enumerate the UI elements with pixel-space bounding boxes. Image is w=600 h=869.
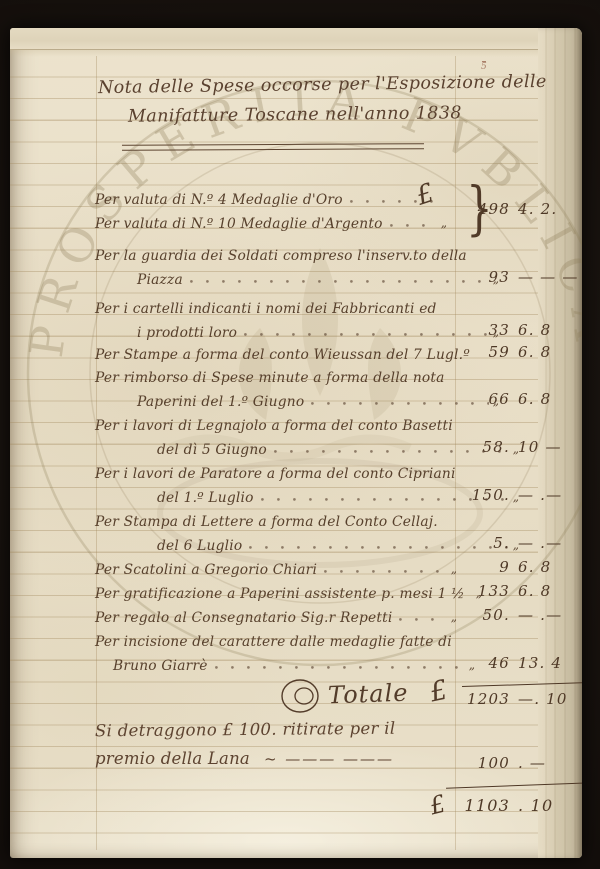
page-corner-mark: 5 (481, 61, 487, 72)
document-title-line2: Manifatture Toscane nell'anno 1838 (128, 103, 462, 126)
amount-lire: 46 (450, 654, 510, 672)
entry-text: Per la guardia dei Soldati compreso l'in… (95, 248, 467, 264)
dot-leader (390, 224, 437, 227)
expense-entry: Per Scatolini a Gregorio Chiari„ 9 6. 8 (95, 554, 575, 578)
entry-text: Per i lavori di Legnajolo a forma del co… (95, 418, 453, 434)
final-amount-soldi-denari: . 10 (518, 796, 582, 815)
dot-leader (215, 666, 465, 669)
deduction-line1: Si detraggono £ 100. ritirate per il (95, 719, 396, 741)
amount-soldi-denari: 4. 2. (518, 200, 582, 218)
amount-lire: 59 (450, 343, 510, 361)
deduction-line2: premio della Lana ~ ——— ——— (95, 749, 457, 768)
entry-text: Per regalo al Consegnatario Sig.r Repett… (95, 610, 392, 626)
filler-dashes: ~ ——— ——— (264, 750, 394, 768)
amount-soldi-denari: — .— (518, 534, 582, 552)
expense-entry: Per Stampe a forma del conto Wieussan de… (95, 339, 575, 363)
entry-text: Piazza (137, 272, 183, 288)
expense-entry: Per i lavori di Legnajolo a forma del co… (95, 410, 575, 458)
entry-text: Per i cartelli indicanti i nomi dei Fabb… (95, 301, 437, 317)
expense-entry: Per rimborso di Spese minute a forma del… (95, 362, 575, 410)
expense-entry: Per i lavori de Paratore a forma del con… (95, 458, 575, 506)
amount-lire: 58. (450, 438, 510, 456)
expense-entry: Per gratificazione a Paperini assistente… (95, 578, 575, 602)
amount-soldi-denari: 13. 4 (518, 654, 582, 672)
deduction-text: premio della Lana (95, 749, 250, 768)
amount-soldi-denari: 6. 8 (518, 321, 582, 339)
expense-entry: Per Stampa di Lettere a forma del Conto … (95, 506, 575, 554)
amount-lire: 133 (450, 582, 510, 600)
page-top-edge (10, 28, 582, 50)
amount-soldi-denari: 6. 8 (518, 343, 582, 361)
expense-entry: Per regalo al Consegnatario Sig.r Repett… (95, 602, 575, 626)
ditto-mark: „ (441, 216, 447, 232)
amount-soldi-denari: 10 — (518, 438, 582, 456)
scan-background: PROSPERITA PVBLICA Nota delle Spese occo… (0, 0, 600, 869)
dot-leader (190, 280, 489, 283)
entry-text: del dì 5 Giugno (157, 442, 267, 458)
amount-soldi-denari: — .— (518, 606, 582, 624)
entry-text: Per Stampa di Lettere a forma del Conto … (95, 514, 438, 530)
total-amount-lire: 1203 (450, 690, 510, 708)
amount-lire: 50. (450, 606, 510, 624)
entry-text: Bruno Giarrè (113, 658, 208, 674)
expense-entry-medals: Per valuta di N.º 4 Medaglie d'Oro Per v… (95, 184, 575, 238)
amount-lire: 498 (450, 200, 510, 218)
entry-text: del 1.º Luglio (157, 490, 254, 506)
entry-text: Per i lavori de Paratore a forma del con… (95, 466, 456, 482)
manuscript-page: PROSPERITA PVBLICA Nota delle Spese occo… (10, 28, 582, 858)
amount-soldi-denari: — .— (518, 486, 582, 504)
dot-leader (399, 618, 446, 621)
entry-line: Per valuta di N.º 10 Medaglie d'Argento … (95, 208, 447, 232)
entry-line: Per valuta di N.º 4 Medaglie d'Oro (95, 184, 447, 208)
amount-lire: 5. (450, 534, 510, 552)
amount-lire: 33 (450, 321, 510, 339)
amount-soldi-denari: 6. 8 (518, 558, 582, 576)
flourish-icon (278, 674, 330, 718)
dot-leader (324, 570, 447, 573)
deduction-amount-lire: 100 (450, 754, 510, 772)
expense-entry: Per incisione del carattere dalle medagl… (95, 626, 575, 674)
amount-soldi-denari: 6. 8 (518, 390, 582, 408)
amount-lire: 9 (450, 558, 510, 576)
amount-soldi-denari: 6. 8 (518, 582, 582, 600)
entry-text: Per Scatolini a Gregorio Chiari (95, 562, 317, 578)
amount-soldi-denari: — — — (518, 268, 582, 286)
entry-text: Per incisione del carattere dalle medagl… (95, 634, 452, 650)
expense-entry: Per la guardia dei Soldati compreso l'in… (95, 240, 575, 288)
entry-text: Per rimborso di Spese minute a forma del… (95, 370, 445, 386)
deduction-amount-soldi-denari: . — (518, 754, 582, 772)
entry-text: Per valuta di N.º 4 Medaglie d'Oro (95, 192, 343, 208)
entry-text: Per Stampe a forma del conto Wieussan de… (95, 347, 470, 363)
expense-entry: Per i cartelli indicanti i nomi dei Fabb… (95, 293, 575, 341)
entry-text: Per valuta di N.º 10 Medaglie d'Argento (95, 216, 383, 232)
entry-text: Paperini del 1.º Giugno (137, 394, 304, 410)
entry-text: del 6 Luglio (157, 538, 242, 554)
amount-lire: 66 (450, 390, 510, 408)
final-amount-lire: 1103 (450, 796, 510, 815)
total-label: Totale (328, 679, 409, 710)
total-amount-soldi-denari: —. 10 (518, 690, 582, 708)
entry-text: Per gratificazione a Paperini assistente… (95, 586, 465, 602)
amount-lire: 93 (450, 268, 510, 286)
amount-lire: 150. (450, 486, 510, 504)
